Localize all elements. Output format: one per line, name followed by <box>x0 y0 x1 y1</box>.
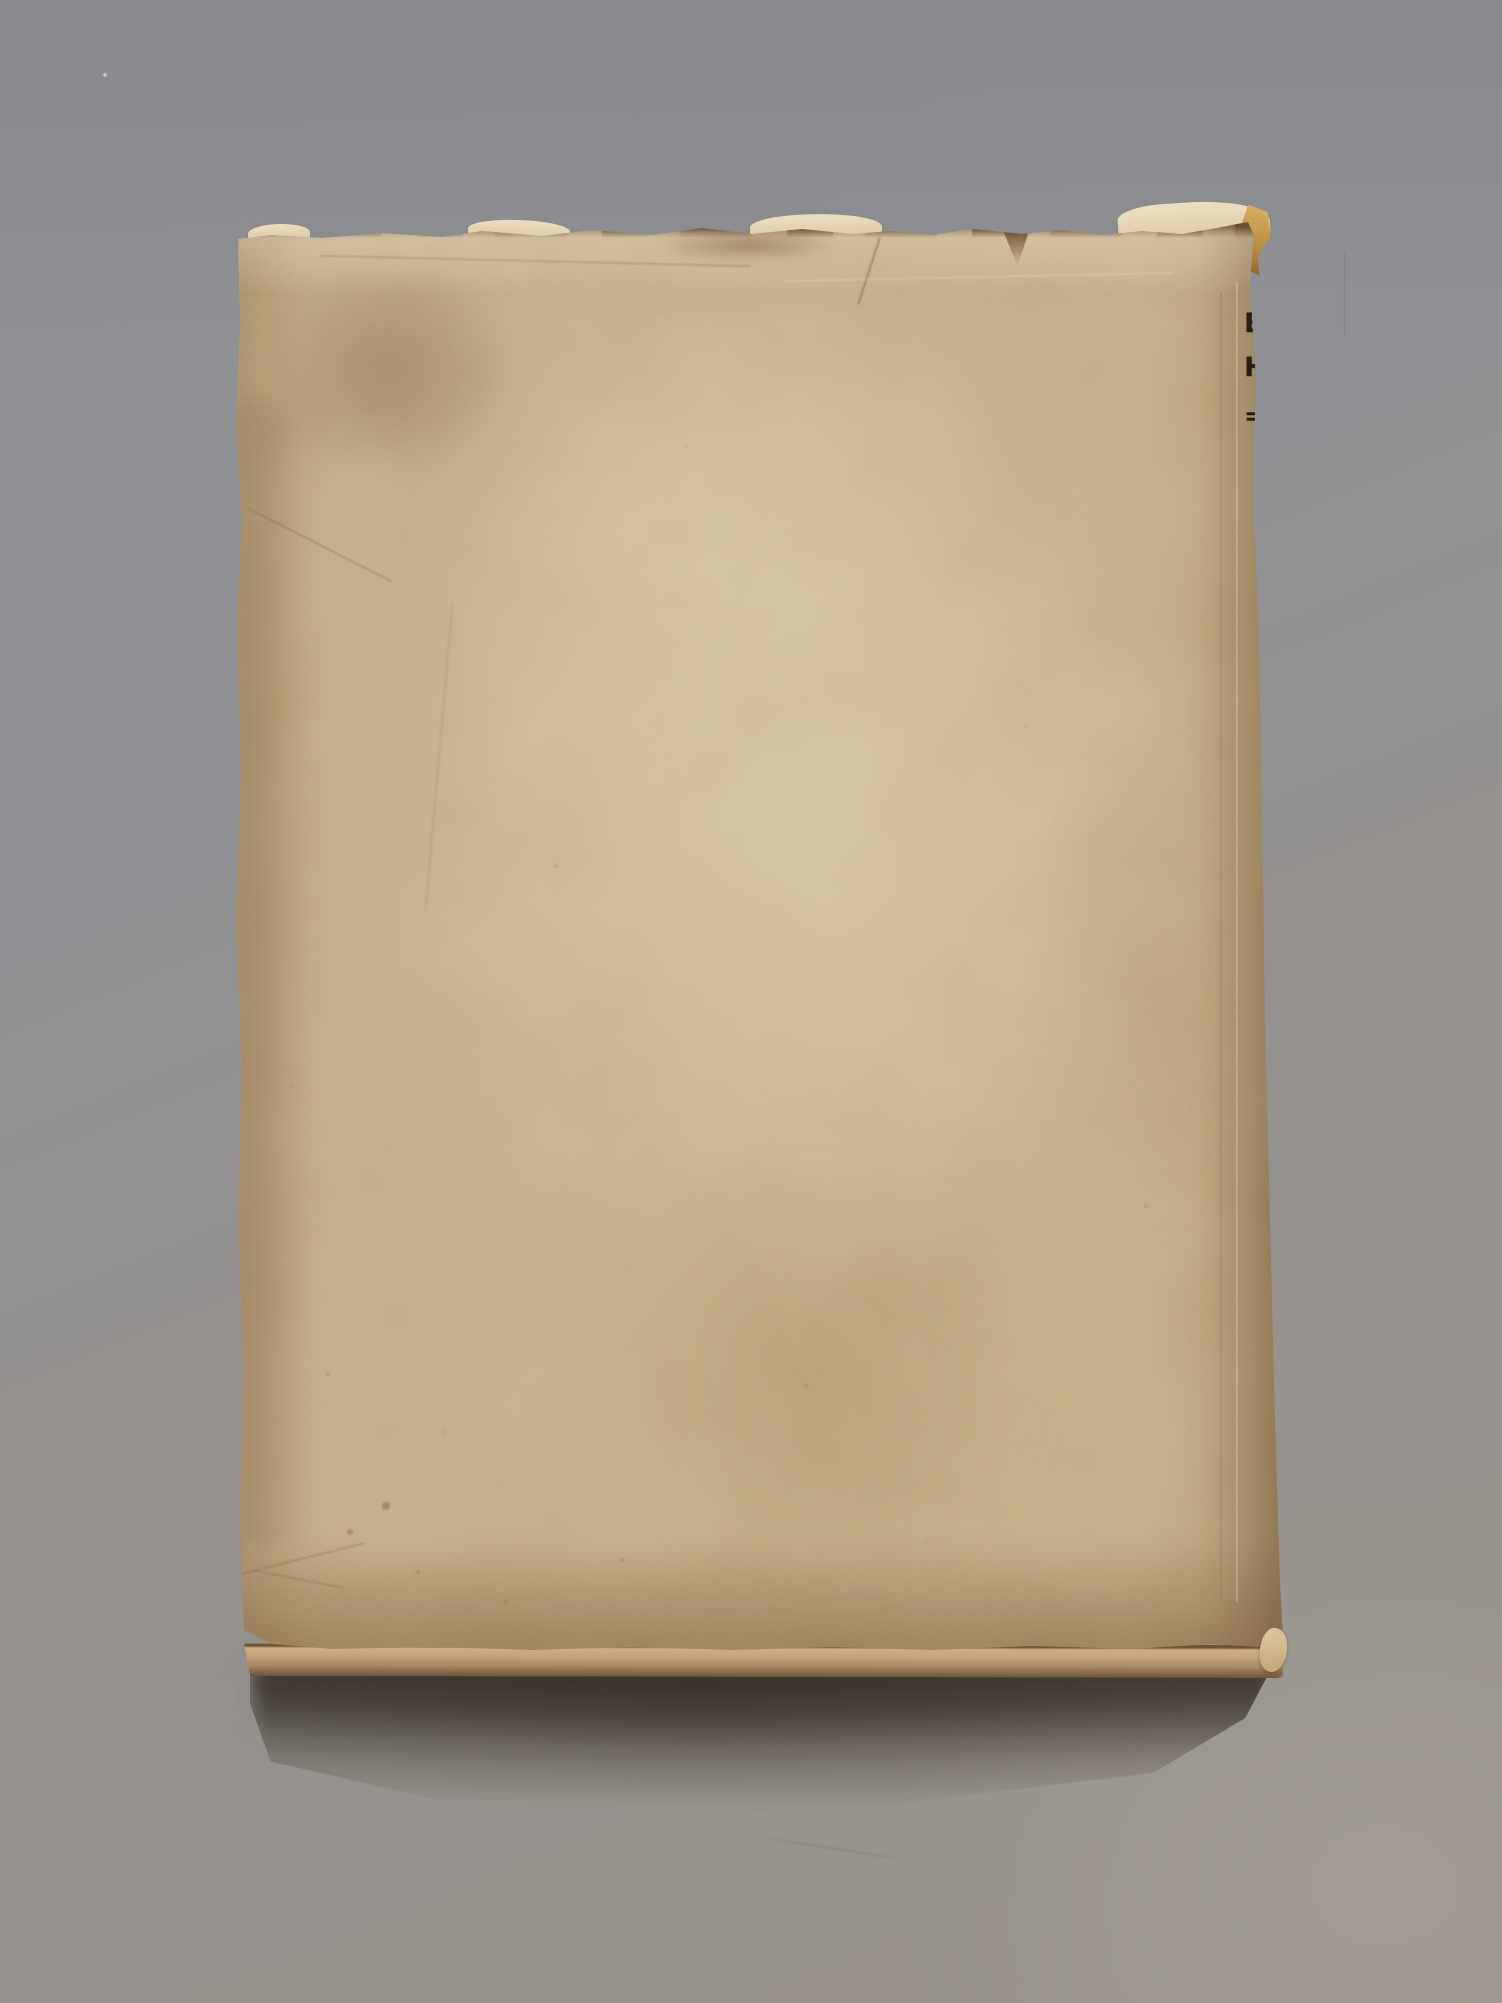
crease-line <box>784 272 1174 282</box>
spine-streak-highlight <box>1236 282 1238 1602</box>
bottom-edge-toning <box>232 1552 1284 1654</box>
surface-mark <box>1344 252 1345 338</box>
ink-mark <box>1266 990 1277 1032</box>
book-cover: B H = <box>232 222 1284 1654</box>
crease-line <box>857 237 881 304</box>
photo-canvas: B H = <box>0 0 1502 2003</box>
crease-line <box>424 603 453 912</box>
crease-line <box>248 508 391 582</box>
spine-fold-shading <box>1197 222 1284 1654</box>
crease-line <box>253 1569 344 1589</box>
spine-streak <box>1220 292 1222 1602</box>
spine-glyph: H <box>1244 352 1267 383</box>
stain-blotch <box>1052 722 1232 1242</box>
crease-line <box>238 1542 365 1575</box>
paper-texture <box>232 222 1284 1654</box>
dust-speck <box>102 72 108 78</box>
left-edge-toning <box>232 402 327 1542</box>
stain-blotch <box>612 1162 1052 1602</box>
crease-line <box>320 255 750 268</box>
top-edge-smudge <box>652 228 842 262</box>
spine-glyph: = <box>1244 402 1263 430</box>
foxing-spots <box>382 1502 390 1510</box>
corner-smudge <box>248 248 528 488</box>
top-edge-notch <box>1002 228 1030 266</box>
spine-glyph: B <box>1244 308 1265 339</box>
